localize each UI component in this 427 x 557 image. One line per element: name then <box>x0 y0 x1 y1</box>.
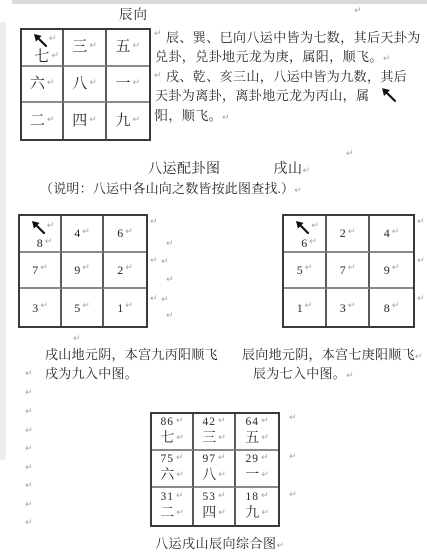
return-mark: ↵ <box>47 116 55 125</box>
grid-cell: 1↵ <box>284 289 327 326</box>
return-mark: ↵ <box>261 471 269 480</box>
section-note: （说明：八运中各山向之数皆按此图查找.） <box>40 181 294 196</box>
grid-value: 9 <box>74 264 80 276</box>
star-pair: 29 <box>245 454 259 466</box>
paragraph-mark: ↵ <box>154 30 162 39</box>
xu-mountain-note: 戌山地元阴，本宫九丙阳顺飞 戌为九入中图。 <box>45 346 218 383</box>
return-mark: ↵ <box>133 116 141 125</box>
return-mark: ↵ <box>40 264 48 273</box>
paragraph-mark: ↵ <box>289 414 297 423</box>
return-mark: ↵ <box>218 492 226 501</box>
grid-value: 5 <box>297 264 303 276</box>
grid-value: 6 <box>301 237 307 249</box>
bagua-assignment-grid: ↵ 七 ↵ 三↵ 五↵ 六↵ 八↵ 一↵ 二↵ 四↵ 九↵ <box>20 28 151 141</box>
paragraph-mark: ↵ <box>161 296 169 305</box>
grid-value: 8 <box>384 302 390 314</box>
grid-cell: 31↵ 二↵ <box>152 488 194 525</box>
section-title-line: 八运配卦图戌山↵ <box>148 158 311 178</box>
paragraph-mark: ↵ <box>25 445 33 454</box>
return-mark: ↵ <box>176 471 184 480</box>
xu-mountain-flight-grid: ↵ 8 ↵ 4↵ 6↵ 7↵ 9↵ 2↵ 3↵ 5↵ 1↵ <box>18 214 148 328</box>
return-mark: ↵ <box>392 264 400 273</box>
grid-value: 三 <box>72 40 87 55</box>
combined-grid-caption: 八运戌山辰向综合图 <box>155 536 277 551</box>
northwest-arrow-icon <box>33 33 47 47</box>
star-pair: 18 <box>245 492 259 504</box>
paragraph-mark: ↵ <box>289 453 297 462</box>
return-mark: ↵ <box>89 116 97 125</box>
return-mark: ↵ <box>176 454 184 463</box>
northwest-arrow-icon <box>31 220 45 234</box>
grid-value: 五 <box>116 40 131 55</box>
grid-cell: 四↵ <box>64 103 106 139</box>
return-mark: ↵ <box>125 264 133 273</box>
return-mark: ↵ <box>309 238 317 247</box>
return-mark: ↵ <box>47 79 55 88</box>
grid-value: 2 <box>117 264 123 276</box>
palace-number: 二 <box>160 507 174 521</box>
grid-cell: ↵ 8 ↵ <box>20 216 62 253</box>
return-mark: ↵ <box>261 434 269 443</box>
grid-cell: 29↵ 一↵ <box>236 451 278 488</box>
document-page: 辰向 ↵ 七 ↵ 三↵ 五↵ 六↵ 八↵ 一↵ 二↵ 四↵ 九↵ 辰、巽、巳向八… <box>0 0 427 557</box>
palace-number: 五 <box>245 432 259 446</box>
paragraph-mark: ↵ <box>154 110 162 119</box>
return-mark: ↵ <box>82 228 90 237</box>
return-mark: ↵ <box>125 228 133 237</box>
grid-cell: 42↵ 三↵ <box>194 414 236 451</box>
grid-cell: 5↵ <box>62 289 104 326</box>
return-mark: ↵ <box>89 42 97 51</box>
return-mark: ↵ <box>218 509 226 518</box>
paragraph-line: 辰、巽、巳向八运中皆为七数，其后天卦为 <box>155 28 427 47</box>
grid-cell: 8↵ <box>370 289 413 326</box>
grid-cell: 97↵ 八↵ <box>194 451 236 488</box>
return-mark: ↵ <box>261 417 269 426</box>
grid-cell: 6↵ <box>104 216 146 253</box>
return-mark: ↵ <box>82 302 90 311</box>
grid-cell: 9↵ <box>370 253 413 290</box>
return-mark: ↵ <box>176 417 184 426</box>
section-title: 八运配卦图 <box>148 162 221 177</box>
return-mark: ↵ <box>277 541 285 551</box>
paragraph-mark: ↵ <box>346 150 354 159</box>
return-mark: ↵ <box>348 302 356 311</box>
grid-cell: 九↵ <box>107 103 149 139</box>
grid-value: 4 <box>384 227 390 239</box>
combined-grid-caption-line: 八运戌山辰向综合图↵ <box>155 533 285 552</box>
star-pair: 53 <box>202 492 216 504</box>
palace-number: 九 <box>245 507 259 521</box>
paragraph-mark: ↵ <box>25 464 33 473</box>
grid-value: 3 <box>32 302 38 314</box>
grid-value: 9 <box>384 264 390 276</box>
return-mark: ↵ <box>47 222 55 231</box>
return-mark: ↵ <box>311 222 319 231</box>
return-mark: ↵ <box>51 52 59 61</box>
northwest-arrow-icon <box>295 220 309 234</box>
return-mark: ↵ <box>89 79 97 88</box>
chen-direction-flight-grid: ↵ 6 ↵ 2↵ 4↵ 5↵ 7↵ 9↵ 1↵ 3↵ 8↵ <box>282 214 415 328</box>
paragraph-line: 阳，顺飞。↵ <box>155 106 427 125</box>
return-mark: ↵ <box>294 186 302 196</box>
combined-grid: 86↵ 七↵ 42↵ 三↵ 64↵ 五↵ 75↵ 六↵ 97↵ 八↵ 29↵ 一… <box>150 412 280 527</box>
paragraph-mark: ↵ <box>25 482 33 491</box>
page-left-edge <box>0 22 6 460</box>
paragraph-text: 天卦为离卦，离卦地元龙为丙山，属 <box>155 88 369 103</box>
return-mark: ↵ <box>218 417 226 426</box>
grid-cell: 3↵ <box>20 289 62 326</box>
star-pair: 64 <box>245 417 259 429</box>
grid-cell: 7↵ <box>327 253 370 290</box>
palace-number: 六 <box>160 469 174 483</box>
grid-cell: 5↵ <box>284 253 327 290</box>
northwest-arrow-icon <box>381 87 396 102</box>
section-note-line: （说明：八运中各山向之数皆按此图查找.）↵ <box>40 178 302 197</box>
return-mark: ↵ <box>303 166 311 176</box>
paragraph-mark: ↵ <box>354 7 362 16</box>
paragraph-mark: ↵ <box>150 295 158 304</box>
grid-cell: 一↵ <box>107 67 149 103</box>
grid-cell: ↵ 七 ↵ <box>22 30 64 67</box>
return-mark: ↵ <box>176 434 184 443</box>
note-text: 辰向地元阴，本宫七庚阳顺飞 <box>242 347 415 362</box>
grid-cell: 4↵ <box>62 216 104 253</box>
return-mark: ↵ <box>305 264 313 273</box>
grid-value: 二 <box>30 114 45 129</box>
return-mark: ↵ <box>415 352 423 362</box>
return-mark: ↵ <box>346 371 354 381</box>
grid-value: 1 <box>297 302 303 314</box>
grid-cell: 7↵ <box>20 253 62 290</box>
return-mark: ↵ <box>261 454 269 463</box>
note-line: 戌山地元阴，本宫九丙阳顺飞 <box>45 346 218 365</box>
paragraph-mark: ↵ <box>289 491 297 500</box>
return-mark: ↵ <box>392 228 400 237</box>
grid-value: 2 <box>340 227 346 239</box>
grid-value: 四 <box>72 114 87 129</box>
grid-value: 1 <box>117 302 123 314</box>
paragraph-text: 辰、巽、巳向八运中皆为七数，其后天卦为 <box>166 30 421 45</box>
grid-value: 7 <box>32 264 38 276</box>
star-pair: 86 <box>160 417 174 429</box>
grid-cell: 64↵ 五↵ <box>236 414 278 451</box>
note-text: 戌山地元阴，本宫九丙阳顺飞 <box>45 347 218 362</box>
grid-cell: 二↵ <box>22 103 64 139</box>
grid-cell: 2↵ <box>327 216 370 253</box>
note-line: 辰向地元阴，本宫七庚阳顺飞↵ <box>242 346 423 365</box>
star-pair: 97 <box>202 454 216 466</box>
return-mark: ↵ <box>45 238 53 247</box>
return-mark: ↵ <box>125 302 133 311</box>
return-mark: ↵ <box>348 228 356 237</box>
grid-cell: 2↵ <box>104 253 146 290</box>
return-mark: ↵ <box>176 509 184 518</box>
grid-cell: 18↵ 九↵ <box>236 488 278 525</box>
palace-number: 三 <box>202 432 216 446</box>
grid-value: 8 <box>37 237 43 249</box>
paragraph-text: 兑卦，兑卦地元龙为庚，属阳，顺飞。 <box>155 49 383 64</box>
paragraph-mark: ↵ <box>154 72 162 81</box>
chen-direction-note: 辰向地元阴，本宫七庚阳顺飞↵ 辰为七入中图。↵ <box>242 346 423 383</box>
grid-cell: 1↵ <box>104 289 146 326</box>
grid-cell: 八↵ <box>64 67 106 103</box>
note-text: 戌为九入中图。 <box>45 366 138 381</box>
grid-cell: 53↵ 四↵ <box>194 488 236 525</box>
grid-cell: 86↵ 七↵ <box>152 414 194 451</box>
grid-value: 六 <box>30 77 45 92</box>
palace-number: 七 <box>160 432 174 446</box>
mountain-label: 戌山 <box>274 162 303 177</box>
return-mark: ↵ <box>222 113 230 123</box>
grid-value: 7 <box>340 264 346 276</box>
page-top-edge <box>12 0 427 4</box>
return-mark: ↵ <box>383 54 391 64</box>
grid-cell: ↵ 6 ↵ <box>284 216 327 253</box>
paragraph-line: 戌、乾、亥三山，八运中皆为九数，其后 <box>155 67 427 86</box>
paragraph-mark: ↵ <box>150 218 158 227</box>
paragraph-mark: ↵ <box>25 408 33 417</box>
grid-cell: 五↵ <box>107 30 149 67</box>
note-line: 辰为七入中图。↵ <box>242 365 423 384</box>
grid-value: 一 <box>116 77 131 92</box>
return-mark: ↵ <box>392 302 400 311</box>
grid-cell: 9↵ <box>62 253 104 290</box>
grid-value: 5 <box>74 302 80 314</box>
paragraph-line: 兑卦，兑卦地元龙为庚，属阳，顺飞。↵ <box>155 47 427 66</box>
return-mark: ↵ <box>218 471 226 480</box>
chen-direction-label: 辰向 <box>119 3 148 23</box>
return-mark: ↵ <box>49 35 57 44</box>
paragraph-mark: ↵ <box>417 295 425 304</box>
return-mark: ↵ <box>305 302 313 311</box>
star-pair: 42 <box>202 417 216 429</box>
paragraph-mark: ↵ <box>166 312 174 321</box>
paragraph-mark: ↵ <box>25 370 33 379</box>
grid-value: 6 <box>117 227 123 239</box>
note-text: 辰为七入中图。 <box>253 366 346 381</box>
paragraph-text: 戌、乾、亥三山，八运中皆为九数，其后 <box>166 69 407 84</box>
grid-cell: 六↵ <box>22 67 64 103</box>
star-pair: 75 <box>160 454 174 466</box>
return-mark: ↵ <box>133 42 141 51</box>
paragraph-mark: ↵ <box>73 335 81 344</box>
paragraph-mark: ↵ <box>161 258 169 267</box>
palace-number: 八 <box>202 469 216 483</box>
paragraph-mark: ↵ <box>150 257 158 266</box>
paragraph-mark: ↵ <box>166 276 174 285</box>
return-mark: ↵ <box>261 492 269 501</box>
grid-value: 七 <box>34 50 49 65</box>
grid-cell: 4↵ <box>370 216 413 253</box>
return-mark: ↵ <box>40 302 48 311</box>
return-mark: ↵ <box>82 264 90 273</box>
return-mark: ↵ <box>218 454 226 463</box>
return-mark: ↵ <box>348 264 356 273</box>
paragraph-mark: ↵ <box>25 519 33 528</box>
paragraph-mark: ↵ <box>25 427 33 436</box>
return-mark: ↵ <box>133 79 141 88</box>
grid-cell: 三↵ <box>64 30 106 67</box>
paragraph-mark: ↵ <box>417 257 425 266</box>
description-paragraphs: 辰、巽、巳向八运中皆为七数，其后天卦为 兑卦，兑卦地元龙为庚，属阳，顺飞。↵ 戌… <box>155 28 427 125</box>
grid-value: 4 <box>74 227 80 239</box>
grid-value: 八 <box>72 77 87 92</box>
return-mark: ↵ <box>218 434 226 443</box>
grid-value: 九 <box>116 114 131 129</box>
paragraph-line: 天卦为离卦，离卦地元龙为丙山，属 <box>155 86 427 105</box>
grid-cell: 75↵ 六↵ <box>152 451 194 488</box>
paragraph-mark: ↵ <box>25 501 33 510</box>
return-mark: ↵ <box>176 492 184 501</box>
paragraph-mark: ↵ <box>166 240 174 249</box>
note-line: 戌为九入中图。 <box>45 365 218 384</box>
star-pair: 31 <box>160 492 174 504</box>
grid-value: 3 <box>340 302 346 314</box>
grid-cell: 3↵ <box>327 289 370 326</box>
return-mark: ↵ <box>261 509 269 518</box>
palace-number: 一 <box>245 469 259 483</box>
palace-number: 四 <box>202 507 216 521</box>
paragraph-mark: ↵ <box>25 389 33 398</box>
paragraph-mark: ↵ <box>417 218 425 227</box>
paragraph-text: 阳，顺飞。 <box>155 108 222 123</box>
